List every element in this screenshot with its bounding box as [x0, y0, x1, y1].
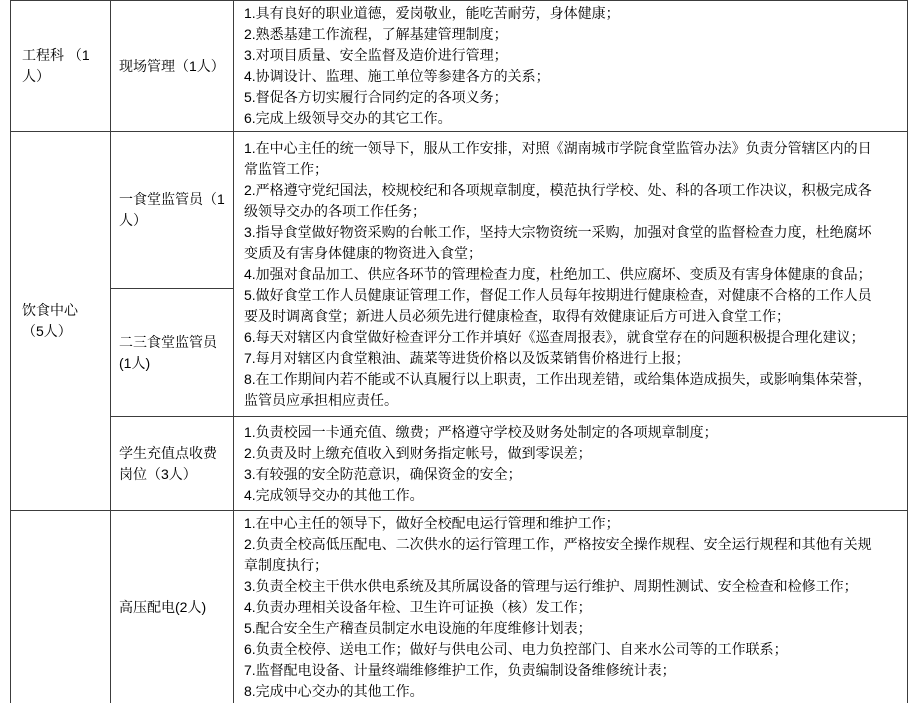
table-row: 学生充值点收费岗位（3人） 1.负责校园一卡通充值、缴费；严格遵守学校及财务处制… — [11, 417, 908, 511]
table-row: 高压配电(2人) 1.在中心主任的领导下，做好全校配电运行管理和维护工作； 2.… — [11, 511, 908, 703]
department-cell-engineering: 工程科 （1人） — [11, 1, 111, 132]
position-cell-student-recharge: 学生充值点收费岗位（3人） — [111, 417, 234, 511]
table-row: 饮食中心 （5人） 一食堂监管员（1人） 1.在中心主任的统一领导下，服从工作安… — [11, 132, 908, 289]
duties-cell-student-recharge: 1.负责校园一卡通充值、缴费；严格遵守学校及财务处制定的各项规章制度； 2.负责… — [234, 417, 908, 511]
department-cell-bottom-empty — [11, 511, 111, 703]
duties-cell-hv-power: 1.在中心主任的领导下，做好全校配电运行管理和维护工作； 2.负责全校高低压配电… — [234, 511, 908, 703]
position-cell-hv-power: 高压配电(2人) — [111, 511, 234, 703]
duties-cell-canteen-supervisors: 1.在中心主任的统一领导下，服从工作安排，对照《湖南城市学院食堂监管办法》负责分… — [234, 132, 908, 417]
document-page: 工程科 （1人） 现场管理（1人） 1.具有良好的职业道德，爱岗敬业，能吃苦耐劳… — [0, 0, 915, 703]
position-cell-site-management: 现场管理（1人） — [111, 1, 234, 132]
duties-cell-site-management: 1.具有良好的职业道德，爱岗敬业，能吃苦耐劳，身体健康； 2.熟悉基建工作流程，… — [234, 1, 908, 132]
table-row: 工程科 （1人） 现场管理（1人） 1.具有良好的职业道德，爱岗敬业，能吃苦耐劳… — [11, 1, 908, 132]
position-cell-canteen23-supervisor: 二三食堂监管员(1人) — [111, 289, 234, 417]
department-cell-dining-center: 饮食中心 （5人） — [11, 132, 111, 511]
job-duties-table: 工程科 （1人） 现场管理（1人） 1.具有良好的职业道德，爱岗敬业，能吃苦耐劳… — [10, 0, 908, 703]
position-cell-canteen1-supervisor: 一食堂监管员（1人） — [111, 132, 234, 289]
